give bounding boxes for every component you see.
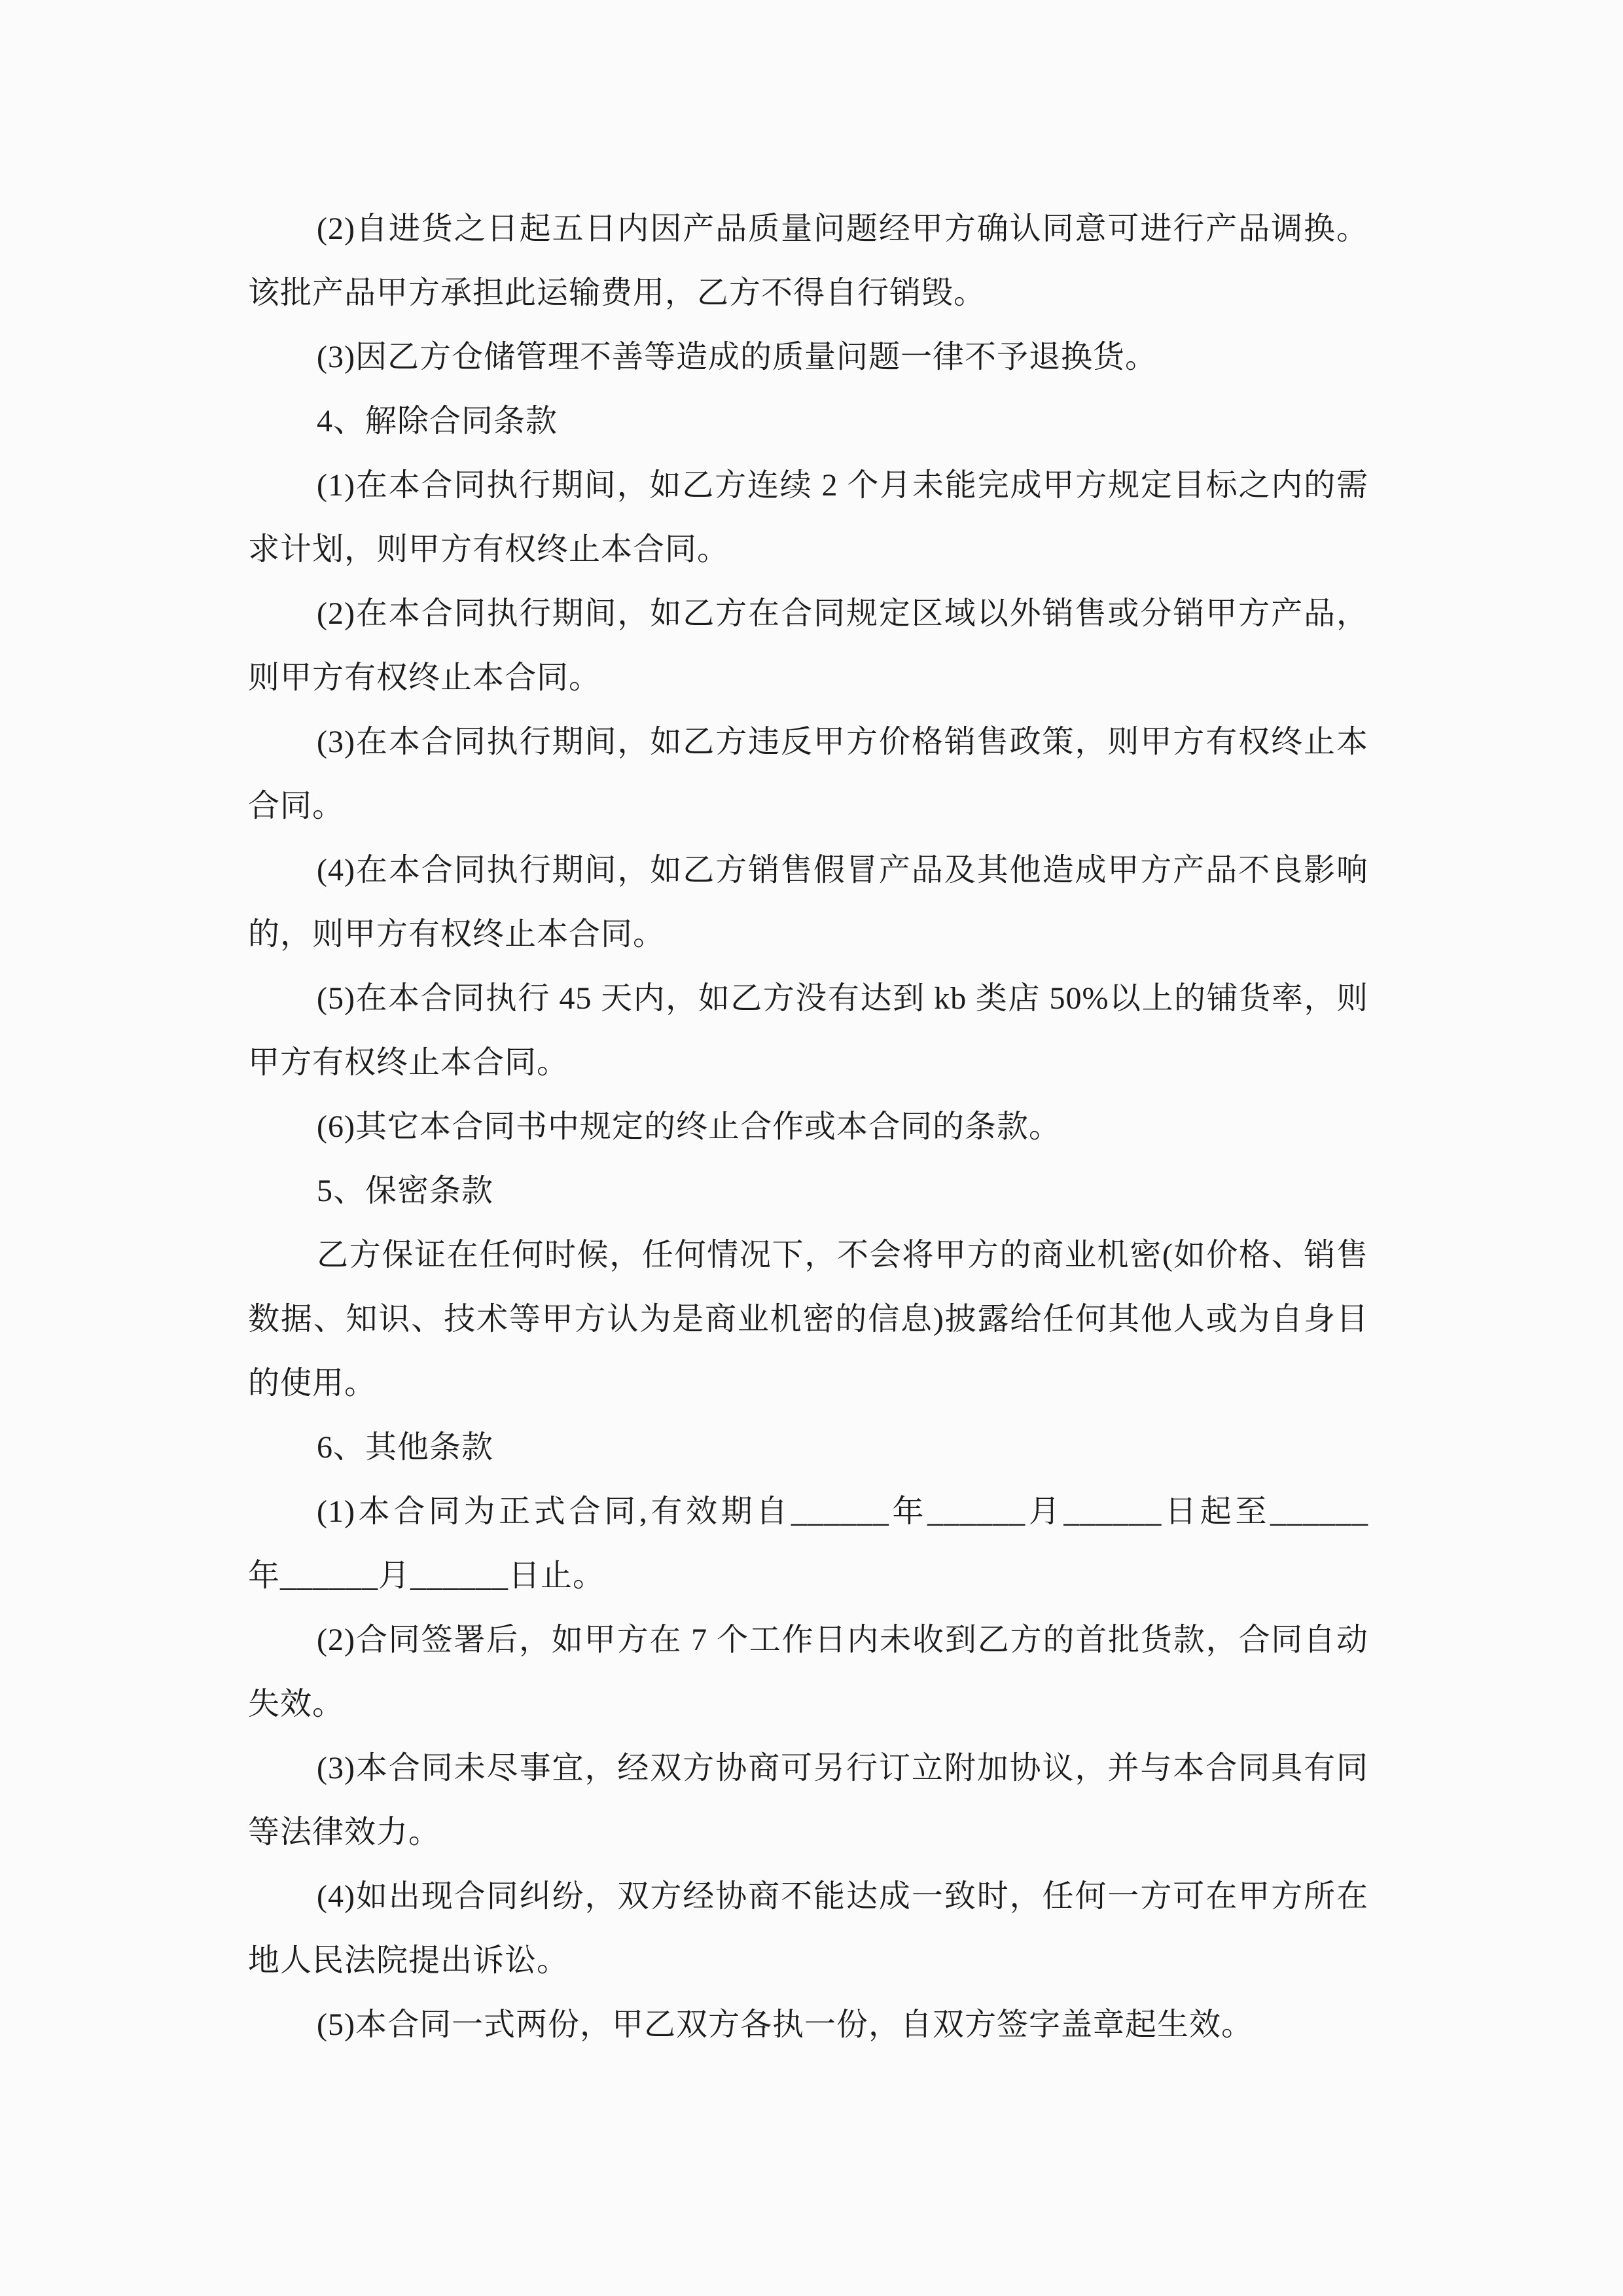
contract-line: (3)因乙方仓储管理不善等造成的质量问题一律不予退换货。 xyxy=(248,325,1368,389)
contract-line: 则甲方有权终止本合同。 xyxy=(248,646,1368,710)
contract-line: 的，则甲方有权终止本合同。 xyxy=(248,903,1368,967)
contract-line: (3)在本合同执行期间，如乙方违反甲方价格销售政策，则甲方有权终止本 xyxy=(248,710,1368,774)
contract-line: 合同。 xyxy=(248,774,1368,838)
contract-line: 地人民法院提出诉讼。 xyxy=(248,1929,1368,1993)
contract-line: 数据、知识、技术等甲方认为是商业机密的信息)披露给任何其他人或为自身目 xyxy=(248,1287,1368,1352)
contract-line: (3)本合同未尽事宜，经双方协商可另行订立附加协议，并与本合同具有同 xyxy=(248,1736,1368,1801)
contract-line: (5)本合同一式两份，甲乙双方各执一份，自双方签字盖章起生效。 xyxy=(248,1993,1368,2057)
document-page: (2)自进货之日起五日内因产品质量问题经甲方确认同意可进行产品调换。该批产品甲方… xyxy=(0,0,1623,2296)
contract-text-body: (2)自进货之日起五日内因产品质量问题经甲方确认同意可进行产品调换。该批产品甲方… xyxy=(248,197,1368,2057)
contract-line: 该批产品甲方承担此运输费用，乙方不得自行销毁。 xyxy=(248,261,1368,325)
contract-line: (5)在本合同执行 45 天内，如乙方没有达到 kb 类店 50%以上的铺货率，… xyxy=(248,967,1368,1031)
contract-line: 年______月______日止。 xyxy=(248,1544,1368,1608)
contract-line: (1)本合同为正式合同,有效期自______年______月______日起至_… xyxy=(248,1480,1368,1544)
contract-line: (2)在本合同执行期间，如乙方在合同规定区域以外销售或分销甲方产品， xyxy=(248,582,1368,646)
contract-line: 求计划，则甲方有权终止本合同。 xyxy=(248,518,1368,582)
contract-line: 甲方有权终止本合同。 xyxy=(248,1031,1368,1095)
contract-line: (1)在本合同执行期间，如乙方连续 2 个月未能完成甲方规定目标之内的需 xyxy=(248,454,1368,518)
contract-line: 5、保密条款 xyxy=(248,1159,1368,1223)
contract-line: (2)合同签署后，如甲方在 7 个工作日内未收到乙方的首批货款，合同自动 xyxy=(248,1608,1368,1672)
contract-line: 4、解除合同条款 xyxy=(248,389,1368,454)
contract-line: (4)如出现合同纠纷，双方经协商不能达成一致时，任何一方可在甲方所在 xyxy=(248,1865,1368,1929)
contract-line: 6、其他条款 xyxy=(248,1416,1368,1480)
contract-line: (4)在本合同执行期间，如乙方销售假冒产品及其他造成甲方产品不良影响 xyxy=(248,838,1368,903)
contract-line: 的使用。 xyxy=(248,1352,1368,1416)
contract-line: (2)自进货之日起五日内因产品质量问题经甲方确认同意可进行产品调换。 xyxy=(248,197,1368,261)
contract-line: 失效。 xyxy=(248,1672,1368,1736)
contract-line: 等法律效力。 xyxy=(248,1801,1368,1865)
contract-line: 乙方保证在任何时候，任何情况下，不会将甲方的商业机密(如价格、销售 xyxy=(248,1223,1368,1287)
contract-line: (6)其它本合同书中规定的终止合作或本合同的条款。 xyxy=(248,1095,1368,1159)
